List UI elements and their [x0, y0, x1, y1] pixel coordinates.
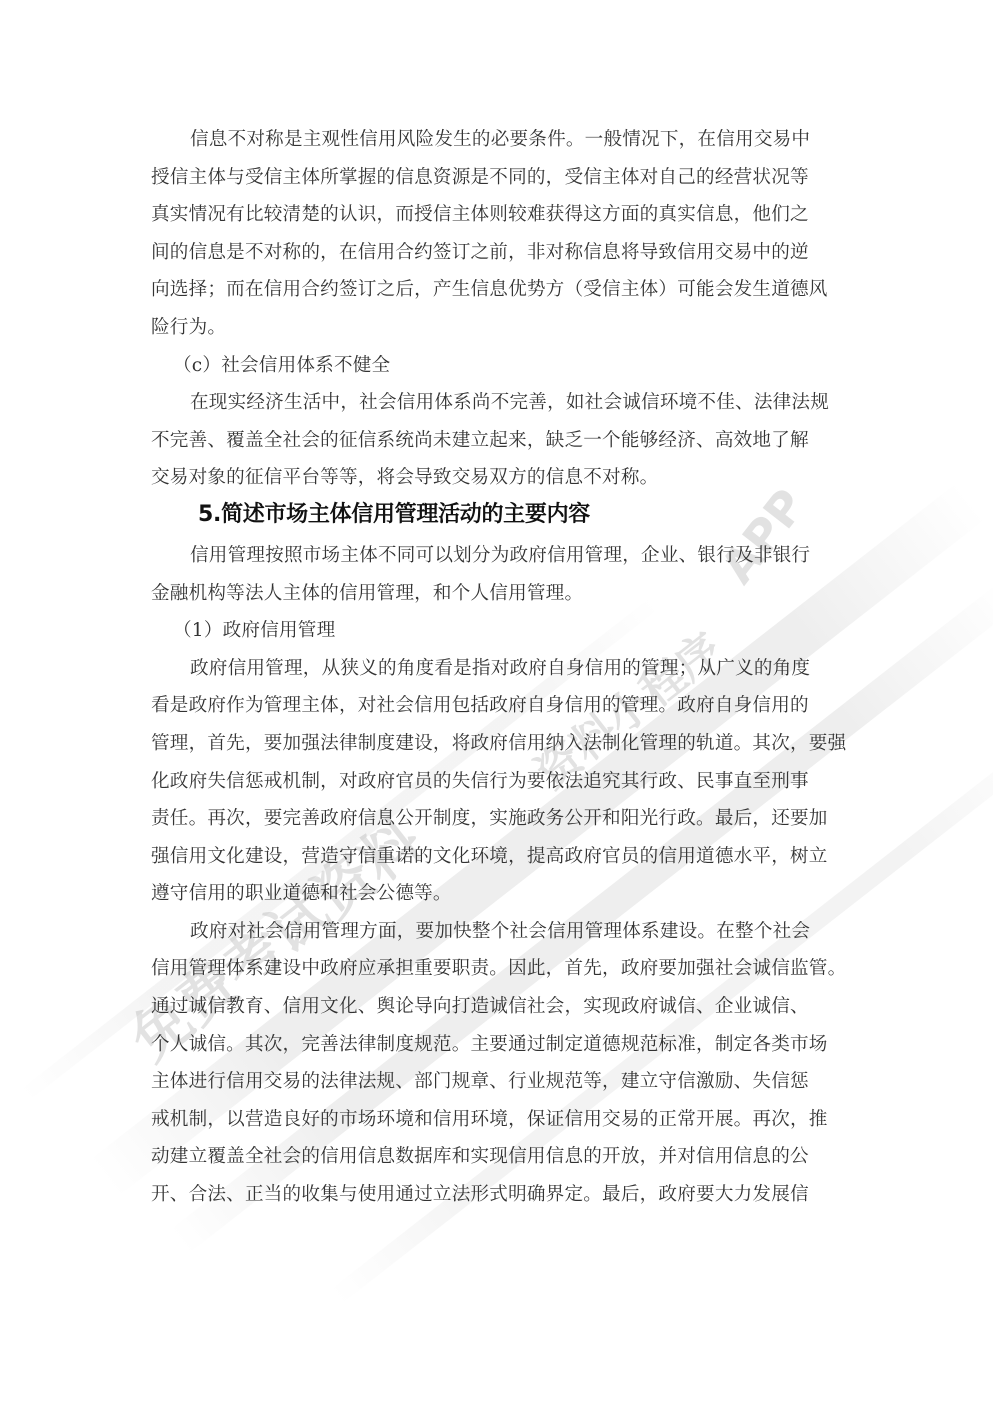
- document-page: 免费考试资料 资料小程序 APP 信息不对称是主观性信用风险发生的必要条件。一般…: [0, 0, 993, 1404]
- paragraph-line: 个人诚信。其次，完善法律制度规范。主要通过制定道德规范标准，制定各类市场: [151, 1026, 845, 1064]
- paragraph-line: 信用管理按照市场主体不同可以划分为政府信用管理，企业、银行及非银行: [151, 537, 845, 575]
- paragraph-line: 在现实经济生活中，社会信用体系尚不完善，如社会诚信环境不佳、法律法规: [151, 384, 845, 422]
- subheading: （1）政府信用管理: [151, 612, 845, 650]
- paragraph-line: 交易对象的征信平台等等，将会导致交易双方的信息不对称。: [151, 459, 845, 497]
- paragraph-line: 不完善、覆盖全社会的征信系统尚未建立起来，缺乏一个能够经济、高效地了解: [151, 422, 845, 460]
- paragraph-line: 险行为。: [151, 309, 845, 347]
- paragraph-line: 责任。再次，要完善政府信息公开制度，实施政务公开和阳光行政。最后，还要加: [151, 800, 845, 838]
- paragraph-line: 开、合法、正当的收集与使用通过立法形式明确界定。最后，政府要大力发展信: [151, 1176, 845, 1214]
- section-heading: 5.简述市场主体信用管理活动的主要内容: [151, 495, 845, 535]
- document-body: 信息不对称是主观性信用风险发生的必要条件。一般情况下，在信用交易中 授信主体与受…: [151, 121, 845, 1214]
- paragraph-line: 化政府失信惩戒机制，对政府官员的失信行为要依法追究其行政、民事直至刑事: [151, 763, 845, 801]
- paragraph-line: 向选择；而在信用合约签订之后，产生信息优势方（受信主体）可能会发生道德风: [151, 271, 845, 309]
- paragraph-line: 动建立覆盖全社会的信用信息数据库和实现信用信息的开放，并对信用信息的公: [151, 1138, 845, 1176]
- paragraph-line: 间的信息是不对称的，在信用合约签订之前，非对称信息将导致信用交易中的逆: [151, 234, 845, 272]
- paragraph-line: 金融机构等法人主体的信用管理，和个人信用管理。: [151, 575, 845, 613]
- paragraph-line: 遵守信用的职业道德和社会公德等。: [151, 875, 845, 913]
- subheading: （c）社会信用体系不健全: [151, 347, 845, 385]
- paragraph-line: 信用管理体系建设中政府应承担重要职责。因此，首先，政府要加强社会诚信监管。: [151, 950, 845, 988]
- paragraph-line: 真实情况有比较清楚的认识，而授信主体则较难获得这方面的真实信息，他们之: [151, 196, 845, 234]
- paragraph-line: 强信用文化建设，营造守信重诺的文化环境，提高政府官员的信用道德水平，树立: [151, 838, 845, 876]
- paragraph-line: 信息不对称是主观性信用风险发生的必要条件。一般情况下，在信用交易中: [151, 121, 845, 159]
- paragraph-line: 管理，首先，要加强法律制度建设，将政府信用纳入法制化管理的轨道。其次，要强: [151, 725, 845, 763]
- paragraph-line: 授信主体与受信主体所掌握的信息资源是不同的，受信主体对自己的经营状况等: [151, 159, 845, 197]
- paragraph-line: 主体进行信用交易的法律法规、部门规章、行业规范等，建立守信激励、失信惩: [151, 1063, 845, 1101]
- paragraph-line: 政府信用管理，从狭义的角度看是指对政府自身信用的管理；从广义的角度: [151, 650, 845, 688]
- paragraph-line: 戒机制，以营造良好的市场环境和信用环境，保证信用交易的正常开展。再次，推: [151, 1101, 845, 1139]
- paragraph-line: 看是政府作为管理主体，对社会信用包括政府自身信用的管理。政府自身信用的: [151, 687, 845, 725]
- paragraph-line: 通过诚信教育、信用文化、舆论导向打造诚信社会，实现政府诚信、企业诚信、: [151, 988, 845, 1026]
- paragraph-line: 政府对社会信用管理方面，要加快整个社会信用管理体系建设。在整个社会: [151, 913, 845, 951]
